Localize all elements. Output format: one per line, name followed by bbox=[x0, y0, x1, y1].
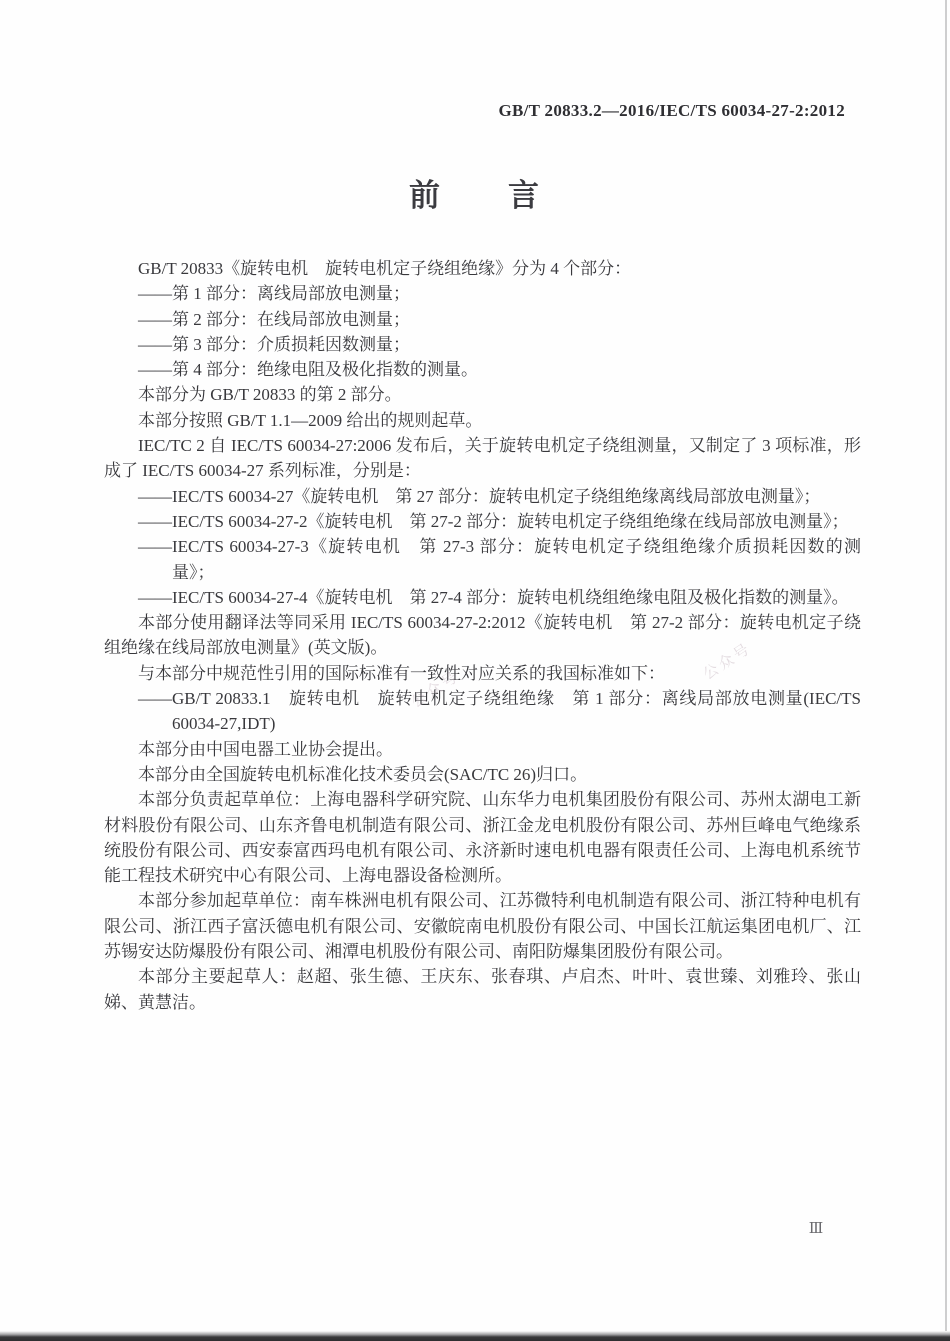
foreword-body: GB/T 20833《旋转电机 旋转电机定子绕组绝缘》分为 4 个部分：——第 … bbox=[104, 256, 861, 1015]
list-item: ——第 3 部分：介质损耗因数测量； bbox=[104, 332, 861, 357]
paragraph: 本部分由全国旋转电机标准化技术委员会(SAC/TC 26)归口。 bbox=[104, 762, 861, 787]
paragraph: 本部分按照 GB/T 1.1—2009 给出的规则起草。 bbox=[104, 408, 861, 433]
paragraph: 本部分主要起草人：赵超、张生德、王庆东、张春琪、卢启杰、叶叶、袁世臻、刘雅玲、张… bbox=[104, 964, 861, 1015]
scan-edge-right bbox=[945, 0, 947, 1341]
list-item: ——IEC/TS 60034-27-4《旋转电机 第 27-4 部分：旋转电机绕… bbox=[104, 585, 861, 610]
standard-code-header: GB/T 20833.2—2016/IEC/TS 60034-27-2:2012 bbox=[498, 101, 845, 121]
paragraph: 本部分负责起草单位：上海电器科学研究院、山东华力电机集团股份有限公司、苏州太湖电… bbox=[104, 787, 861, 888]
paragraph: 本部分为 GB/T 20833 的第 2 部分。 bbox=[104, 382, 861, 407]
paragraph: IEC/TC 2 自 IEC/TS 60034-27:2006 发布后，关于旋转… bbox=[104, 433, 861, 484]
page-title: 前 言 bbox=[0, 170, 950, 215]
paragraph: GB/T 20833《旋转电机 旋转电机定子绕组绝缘》分为 4 个部分： bbox=[104, 256, 861, 281]
list-item: ——第 4 部分：绝缘电阻及极化指数的测量。 bbox=[104, 357, 861, 382]
scan-edge-bottom bbox=[0, 1331, 950, 1341]
list-item: ——IEC/TS 60034-27《旋转电机 第 27 部分：旋转电机定子绕组绝… bbox=[104, 484, 861, 509]
list-item: ——第 2 部分：在线局部放电测量； bbox=[104, 307, 861, 332]
list-item: ——IEC/TS 60034-27-2《旋转电机 第 27-2 部分：旋转电机定… bbox=[104, 509, 861, 534]
list-item: ——第 1 部分：离线局部放电测量； bbox=[104, 281, 861, 306]
page-number: Ⅲ bbox=[804, 1219, 828, 1238]
paragraph: 与本部分中规范性引用的国际标准有一致性对应关系的我国标准如下： bbox=[104, 661, 861, 686]
list-item: ——GB/T 20833.1 旋转电机 旋转电机定子绕组绝缘 第 1 部分：离线… bbox=[104, 686, 861, 737]
document-page: GB/T 20833.2—2016/IEC/TS 60034-27-2:2012… bbox=[0, 0, 950, 1341]
paragraph: 本部分由中国电器工业协会提出。 bbox=[104, 737, 861, 762]
paragraph: 本部分使用翻译法等同采用 IEC/TS 60034-27-2:2012《旋转电机… bbox=[104, 610, 861, 661]
list-item: ——IEC/TS 60034-27-3《旋转电机 第 27-3 部分：旋转电机定… bbox=[104, 534, 861, 585]
paragraph: 本部分参加起草单位：南车株洲电机有限公司、江苏微特利电机制造有限公司、浙江特种电… bbox=[104, 888, 861, 964]
